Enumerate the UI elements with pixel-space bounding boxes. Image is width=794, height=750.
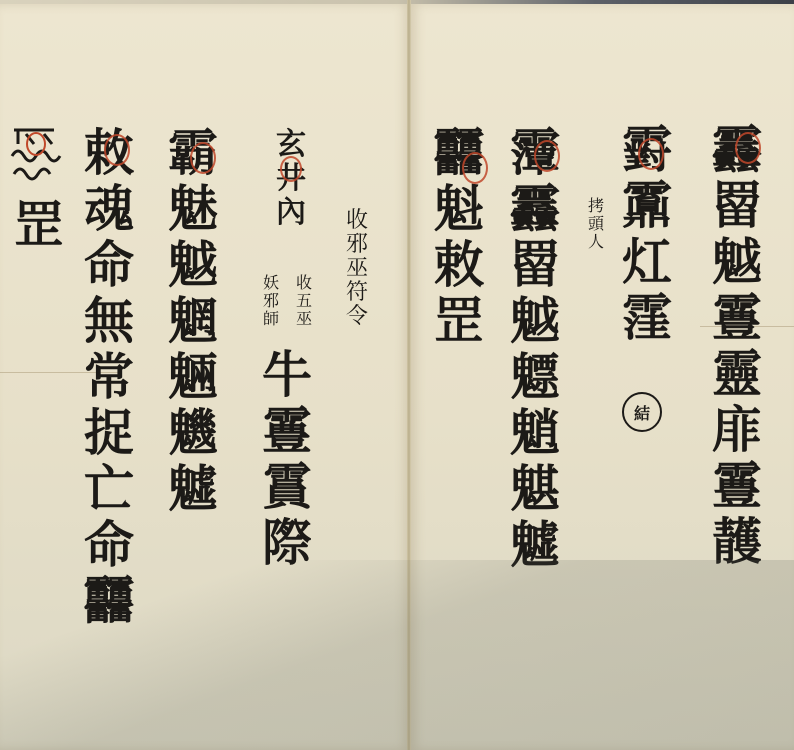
circular-charm-icon: 結 <box>622 392 662 432</box>
annotation-column: 拷 頭 人 <box>588 198 604 252</box>
glyph: 魌 <box>510 464 560 520</box>
glyph: 魁 <box>434 184 484 240</box>
glyph: 命 <box>84 240 134 296</box>
glyph: 無 <box>84 296 134 352</box>
glyph: 魂 <box>84 184 134 240</box>
glyph: 霣 <box>262 462 312 518</box>
talisman-column-l1-cont: 牛 霻 霣 際 <box>262 350 312 574</box>
glyph: 內 <box>276 198 306 232</box>
glyph: 䨼 <box>712 517 762 573</box>
glyph: 罶 <box>712 181 762 237</box>
talisman-column-r1: 䨺 罶 魆 霻 靈 䨾 霻 䨼 <box>712 125 762 573</box>
glyph: 魕 <box>168 408 218 464</box>
glyph: 罡 <box>434 296 484 352</box>
glyph: 䨾 <box>712 405 762 461</box>
glyph: 魒 <box>510 352 560 408</box>
cloud-script-talisman-icon <box>6 122 68 194</box>
glyph: 魖 <box>510 520 560 576</box>
glyph: 收 <box>346 210 368 234</box>
talisman-title: 收 邪 巫 符 令 <box>346 210 368 330</box>
glyph: 邪 <box>346 234 368 258</box>
glyph: 靈 <box>712 349 762 405</box>
glyph: 魍 <box>168 296 218 352</box>
glyph: 䨶 <box>622 181 672 237</box>
glyph: 灴 <box>622 237 672 293</box>
red-seal-mark <box>104 134 130 166</box>
red-seal-mark <box>638 138 664 170</box>
glyph: 符 <box>346 282 368 306</box>
glyph: 霻 <box>712 461 762 517</box>
red-seal-mark <box>534 140 560 172</box>
glyph: 霻 <box>262 406 312 462</box>
glyph: 巫 <box>346 258 368 282</box>
glyph: 敕 <box>434 240 484 296</box>
glyph: 命 <box>84 520 134 576</box>
sub-column-right: 收 五 巫 <box>296 275 312 329</box>
red-seal-mark <box>280 156 302 182</box>
talisman-column-l4: 罡 <box>14 200 64 256</box>
talisman-column-r3: 䨵 䨺 罶 魆 魒 魈 魌 魖 <box>510 128 560 632</box>
glyph: 魆 <box>168 240 218 296</box>
glyph: 魅 <box>168 184 218 240</box>
talisman-column-l2: 霸 魅 魆 魍 魎 魕 魖 <box>168 128 218 576</box>
glyph: 霻 <box>712 293 762 349</box>
red-seal-mark <box>462 152 488 184</box>
glyph: 䨻 <box>84 576 134 632</box>
red-seal-mark <box>735 132 761 164</box>
glyph: 罡 <box>14 200 64 256</box>
glyph: 䨺 <box>510 184 560 240</box>
glyph: 常 <box>84 352 134 408</box>
glyph: 魆 <box>712 237 762 293</box>
glyph: 魎 <box>168 352 218 408</box>
glyph: 際 <box>262 518 312 574</box>
glyph: 師 <box>263 311 279 329</box>
glyph: 魈 <box>510 408 560 464</box>
glyph: 魖 <box>168 464 218 520</box>
glyph: 䨟 <box>622 293 672 349</box>
talisman-column-l3: 敕 魂 命 無 常 捉 亡 命 䨻 <box>84 128 134 632</box>
glyph: 魆 <box>510 296 560 352</box>
sub-column-left: 妖 邪 師 <box>263 275 279 329</box>
glyph: 令 <box>346 306 368 330</box>
glyph: 人 <box>588 234 604 252</box>
glyph: 捉 <box>84 408 134 464</box>
book-spine <box>407 0 411 750</box>
glyph: 牛 <box>262 350 312 406</box>
glyph: 亡 <box>84 464 134 520</box>
glyph: 罶 <box>510 240 560 296</box>
glyph: 巫 <box>296 311 312 329</box>
red-seal-mark <box>190 142 216 174</box>
